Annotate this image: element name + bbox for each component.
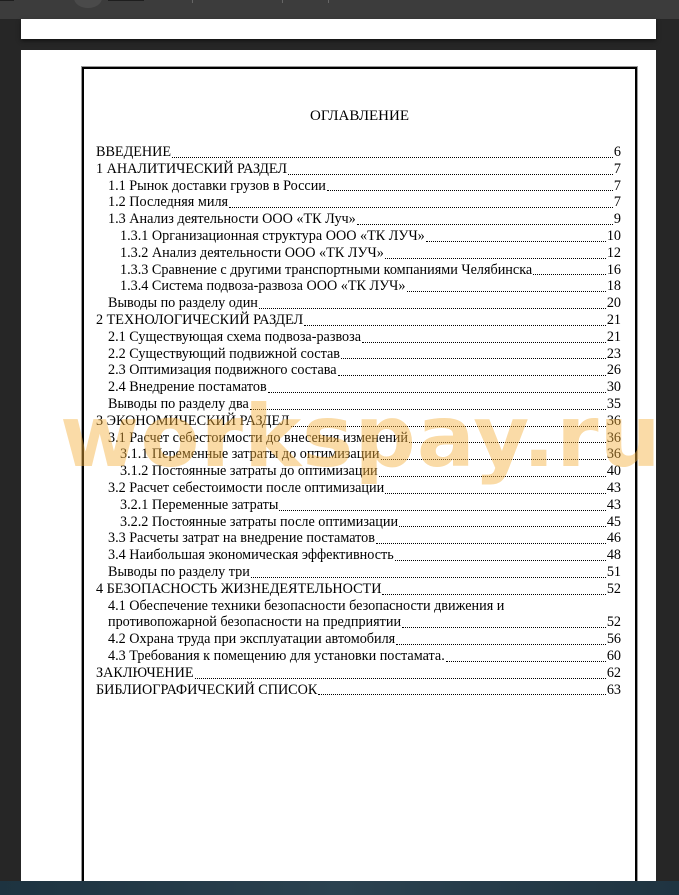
toc-page-number: 21	[607, 312, 621, 329]
leader-dots	[385, 257, 606, 259]
toc-entry[interactable]: 3.1.2 Постоянные затраты до оптимизации4…	[96, 463, 621, 480]
toc-entry-label: 1 АНАЛИТИЧЕСКИЙ РАЗДЕЛ	[96, 161, 287, 178]
toc-entry-label: 1.3.2 Анализ деятельности ООО «ТК ЛУЧ»	[120, 245, 384, 262]
leader-dots	[379, 475, 606, 477]
toc-page-number: 63	[607, 682, 621, 699]
toc-entry-line[interactable]: 4.1 Обеспечение техники безопасности без…	[96, 598, 621, 615]
toc-entry[interactable]: 2.3 Оптимизация подвижного состава26	[96, 362, 621, 379]
bottom-bar	[0, 881, 679, 895]
toc-page-number: 23	[607, 346, 621, 363]
toc-entry-label: противопожарной безопасности на предприя…	[108, 614, 401, 631]
toc-entry[interactable]: 2.2 Существующий подвижной состав23	[96, 346, 621, 363]
toc-entry-label: Выводы по разделу один	[108, 295, 258, 312]
leader-dots	[399, 525, 606, 527]
leader-dots	[426, 240, 606, 242]
toc-page-number: 7	[614, 178, 621, 195]
toc-entry[interactable]: 2.1 Существующая схема подвоза-развоза21	[96, 329, 621, 346]
toc-page-number: 10	[607, 228, 621, 245]
toc-entry[interactable]: 4 БЕЗОПАСНОСТЬ ЖИЗНЕДЕЯТЕЛЬНОСТИ52	[96, 581, 621, 598]
toc-entry-label: 1.3.3 Сравнение с другими транспортными …	[120, 262, 532, 279]
toc-entry-label: 2.1 Существующая схема подвоза-развоза	[108, 329, 361, 346]
toc-entry-label: 3.1 Расчет себестоимости до внесения изм…	[108, 430, 408, 447]
leader-dots	[259, 307, 606, 309]
toc-entry[interactable]: 1.3.2 Анализ деятельности ООО «ТК ЛУЧ»12	[96, 245, 621, 262]
leader-dots	[338, 374, 606, 376]
toc-page-number: 36	[607, 430, 621, 447]
toc-page-number: 6	[614, 144, 621, 161]
toc-page-number: 26	[607, 362, 621, 379]
toc-entry-label: 1.3.4 Система подвоза-развоза ООО «ТК ЛУ…	[120, 278, 406, 295]
toolbar-tick	[192, 0, 193, 3]
leader-dots	[533, 273, 606, 275]
toc-entry[interactable]: 3.1 Расчет себестоимости до внесения изм…	[96, 430, 621, 447]
toc-entry[interactable]: БИБЛИОГРАФИЧЕСКИЙ СПИСОК63	[96, 682, 621, 699]
leader-dots	[341, 357, 606, 359]
toc-page-number: 52	[607, 581, 621, 598]
toc-page-number: 43	[607, 480, 621, 497]
toc-entry-label: 2.3 Оптимизация подвижного состава	[108, 362, 337, 379]
toc-entry[interactable]: 2.4 Внедрение постаматов30	[96, 379, 621, 396]
leader-dots	[362, 341, 606, 343]
toc-page-number: 30	[607, 379, 621, 396]
toc-title: ОГЛАВЛЕНИЕ	[84, 108, 635, 125]
toc-entry[interactable]: 1.3.4 Система подвоза-развоза ООО «ТК ЛУ…	[96, 278, 621, 295]
leader-dots	[407, 290, 606, 292]
previous-page	[21, 19, 656, 39]
leader-dots	[382, 593, 605, 595]
toc-page-number: 56	[607, 631, 621, 648]
toc-entry[interactable]: 3 ЭКОНОМИЧЕСКИЙ РАЗДЕЛ36	[96, 413, 621, 430]
toc-entry[interactable]: противопожарной безопасности на предприя…	[96, 614, 621, 631]
toc-entry-label: 1.3 Анализ деятельности ООО «ТК Луч»	[108, 211, 356, 228]
leader-dots	[357, 223, 613, 225]
leader-dots	[291, 425, 606, 427]
toc-entry-label: 1.2 Последняя миля	[108, 194, 228, 211]
page-frame: ОГЛАВЛЕНИЕ ВВЕДЕНИЕ61 АНАЛИТИЧЕСКИЙ РАЗД…	[82, 67, 637, 895]
toc-page-number: 40	[607, 463, 621, 480]
leader-dots	[268, 391, 606, 393]
toolbar-tick	[282, 0, 283, 3]
leader-dots	[385, 492, 606, 494]
toc-entry[interactable]: Выводы по разделу три51	[96, 564, 621, 581]
leader-dots	[381, 458, 606, 460]
toc-entry-label: Выводы по разделу два	[108, 396, 249, 413]
leader-dots	[395, 559, 606, 561]
toc-entry[interactable]: ВВЕДЕНИЕ6	[96, 144, 621, 161]
leader-dots	[402, 626, 606, 628]
toc-entry-label: 3.2.2 Постоянные затраты после оптимизац…	[120, 514, 398, 531]
toolbar-button[interactable]	[74, 0, 102, 8]
toc-page-number: 21	[607, 329, 621, 346]
toc-entry-label: 3.1.2 Постоянные затраты до оптимизации	[120, 463, 378, 480]
toc-entry[interactable]: 1.3.3 Сравнение с другими транспортными …	[96, 262, 621, 279]
toc-entry[interactable]: 1.2 Последняя миля7	[96, 194, 621, 211]
toc-page-number: 51	[607, 564, 621, 581]
document-page: ОГЛАВЛЕНИЕ ВВЕДЕНИЕ61 АНАЛИТИЧЕСКИЙ РАЗД…	[21, 50, 656, 890]
toc-entry-label: 1.1 Рынок доставки грузов в России	[108, 178, 326, 195]
toc-entry[interactable]: 3.2 Расчет себестоимости после оптимизац…	[96, 480, 621, 497]
toc-page-number: 20	[607, 295, 621, 312]
toolbar-tick	[328, 0, 329, 3]
leader-dots	[376, 542, 606, 544]
toc-entry-label: 3.3 Расчеты затрат на внедрение постамат…	[108, 530, 375, 547]
toc-page-number: 7	[614, 194, 621, 211]
toc-entry[interactable]: 3.2.1 Переменные затраты43	[96, 497, 621, 514]
toc-page-number: 36	[607, 446, 621, 463]
toc-entry[interactable]: 3.1.1 Переменные затраты до оптимизации3…	[96, 446, 621, 463]
leader-dots	[327, 189, 613, 191]
toc-entry[interactable]: Выводы по разделу два35	[96, 396, 621, 413]
toc-entry-label: 2.4 Внедрение постаматов	[108, 379, 267, 396]
toolbar-divider	[108, 0, 144, 1]
toc-page-number: 52	[607, 614, 621, 631]
leader-dots	[304, 324, 606, 326]
leader-dots	[446, 660, 606, 662]
toc-entry-label: 3 ЭКОНОМИЧЕСКИЙ РАЗДЕЛ	[96, 413, 290, 430]
leader-dots	[250, 408, 606, 410]
toc-page-number: 18	[607, 278, 621, 295]
toc-entry-label: 3.1.1 Переменные затраты до оптимизации	[120, 446, 380, 463]
viewer-toolbar	[0, 0, 679, 19]
table-of-contents: ВВЕДЕНИЕ61 АНАЛИТИЧЕСКИЙ РАЗДЕЛ71.1 Рыно…	[96, 144, 621, 698]
toc-entry[interactable]: 1.3 Анализ деятельности ООО «ТК Луч»9	[96, 211, 621, 228]
toc-page-number: 9	[614, 211, 621, 228]
toc-page-number: 46	[607, 530, 621, 547]
toc-entry-label: 3.2.1 Переменные затраты	[120, 497, 278, 514]
toc-entry-label: 4 БЕЗОПАСНОСТЬ ЖИЗНЕДЕЯТЕЛЬНОСТИ	[96, 581, 381, 598]
toc-entry[interactable]: 1 АНАЛИТИЧЕСКИЙ РАЗДЕЛ7	[96, 161, 621, 178]
toc-page-number: 43	[607, 497, 621, 514]
toc-entry-label: Выводы по разделу три	[108, 564, 250, 581]
leader-dots	[288, 173, 613, 175]
leader-dots	[195, 677, 606, 679]
toc-entry-label: ВВЕДЕНИЕ	[96, 144, 171, 161]
toc-page-number: 45	[607, 514, 621, 531]
leader-dots	[279, 509, 605, 511]
toc-entry[interactable]: 4.2 Охрана труда при эксплуатации автомо…	[96, 631, 621, 648]
toc-page-number: 36	[607, 413, 621, 430]
leader-dots	[318, 693, 605, 695]
toc-entry-label: 3.2 Расчет себестоимости после оптимизац…	[108, 480, 384, 497]
leader-dots	[251, 576, 606, 578]
toc-entry[interactable]: 1.3.1 Организационная структура ООО «ТК …	[96, 228, 621, 245]
toc-page-number: 7	[614, 161, 621, 178]
toc-entry-label: 1.3.1 Организационная структура ООО «ТК …	[120, 228, 425, 245]
toc-entry-label: БИБЛИОГРАФИЧЕСКИЙ СПИСОК	[96, 682, 317, 699]
toc-entry[interactable]: 1.1 Рынок доставки грузов в России7	[96, 178, 621, 195]
toc-entry-label: 3.4 Наибольшая экономическая эффективнос…	[108, 547, 394, 564]
leader-dots	[409, 441, 606, 443]
toc-page-number: 12	[607, 245, 621, 262]
toc-entry-label: 4.2 Охрана труда при эксплуатации автомо…	[108, 631, 395, 648]
toc-entry-label: 2.2 Существующий подвижной состав	[108, 346, 340, 363]
toc-entry[interactable]: ЗАКЛЮЧЕНИЕ62	[96, 665, 621, 682]
toc-entry-label: ЗАКЛЮЧЕНИЕ	[96, 665, 194, 682]
toc-entry[interactable]: 3.2.2 Постоянные затраты после оптимизац…	[96, 514, 621, 531]
toc-page-number: 60	[607, 648, 621, 665]
toc-entry[interactable]: Выводы по разделу один20	[96, 295, 621, 312]
toolbar-divider	[0, 0, 14, 1]
toc-entry[interactable]: 4.3 Требования к помещению для установки…	[96, 648, 621, 665]
toc-page-number: 16	[607, 262, 621, 279]
leader-dots	[229, 206, 613, 208]
toc-entry[interactable]: 3.4 Наибольшая экономическая эффективнос…	[96, 547, 621, 564]
toc-page-number: 35	[607, 396, 621, 413]
leader-dots	[396, 643, 606, 645]
toc-entry[interactable]: 3.3 Расчеты затрат на внедрение постамат…	[96, 530, 621, 547]
toc-page-number: 62	[607, 665, 621, 682]
toc-page-number: 48	[607, 547, 621, 564]
toc-entry-label: 2 ТЕХНОЛОГИЧЕСКИЙ РАЗДЕЛ	[96, 312, 303, 329]
toc-entry-label: 4.3 Требования к помещению для установки…	[108, 648, 445, 665]
leader-dots	[172, 156, 613, 158]
toc-entry[interactable]: 2 ТЕХНОЛОГИЧЕСКИЙ РАЗДЕЛ21	[96, 312, 621, 329]
